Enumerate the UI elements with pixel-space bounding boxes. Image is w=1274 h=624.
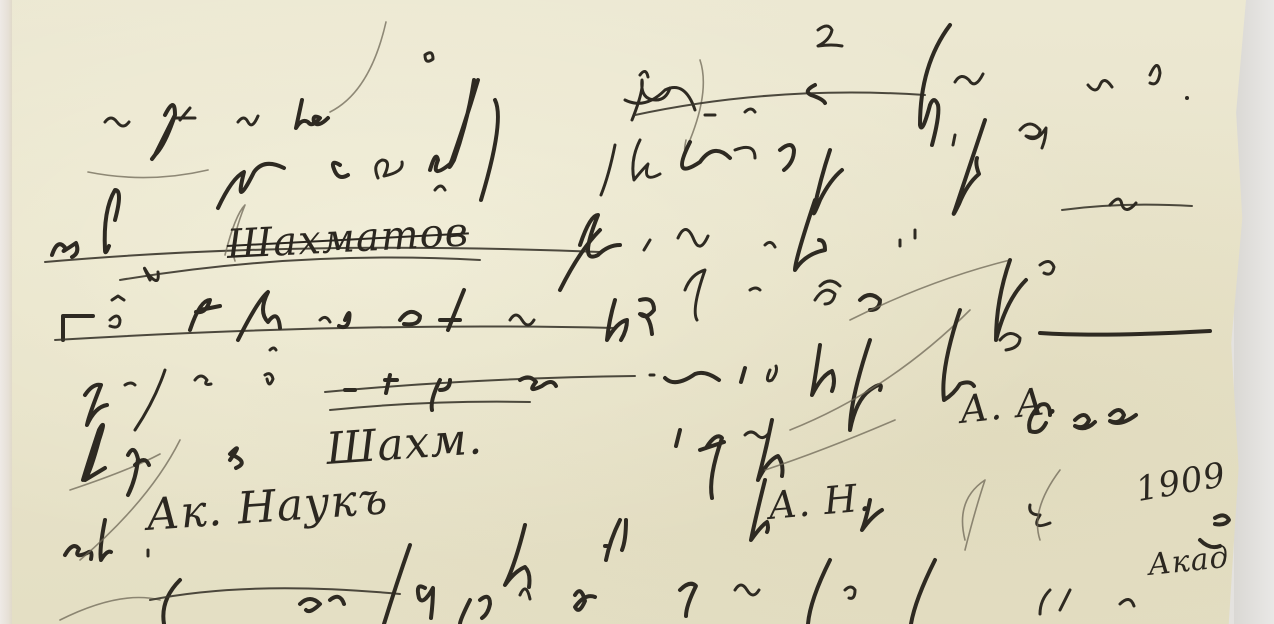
manuscript-page: Шахматов Шахм. А. А. Ак. Наукъ А. Н. 190… <box>0 0 1274 624</box>
longhand-word-shakhm: Шахм. <box>324 413 484 475</box>
longhand-word-initials-an: А. Н. <box>766 475 873 528</box>
